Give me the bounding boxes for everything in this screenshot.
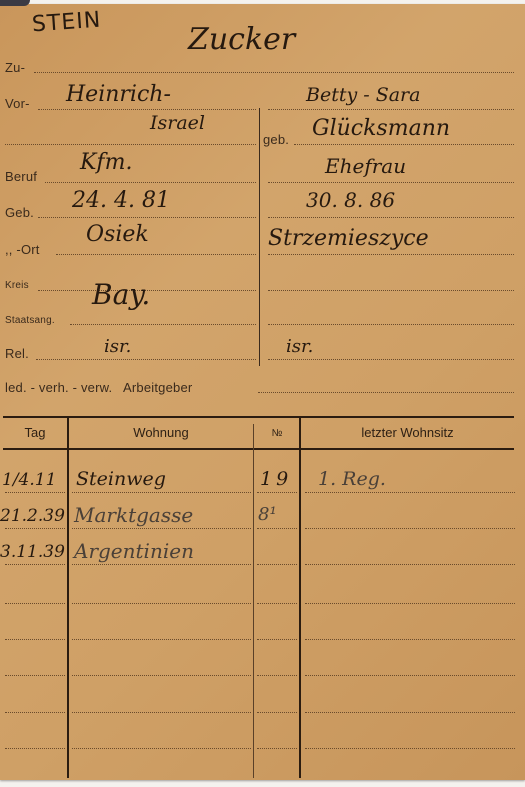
label-birth-place: ,, -Ort: [5, 242, 40, 257]
label-occupation: Beruf: [5, 169, 37, 184]
row-line: [305, 712, 515, 713]
label-given-name: Vor-: [5, 96, 30, 111]
given-name-2-value: Israel: [150, 112, 205, 134]
spouse-born-name-value: Glücksmann: [312, 116, 450, 141]
row-line: [305, 748, 515, 749]
row-line: [305, 639, 515, 640]
row-line: [5, 639, 65, 640]
spouse-column-divider: [259, 108, 260, 366]
spouse-birth-place-value: Strzemieszyce: [268, 226, 429, 251]
nationality-line-left: [70, 324, 256, 325]
header-letzter-wohnsitz: letzter Wohnsitz: [301, 425, 514, 440]
col-divider-tag: [67, 418, 69, 778]
col-divider-nr: [253, 424, 254, 778]
birth-date-value: 24. 4. 81: [72, 188, 170, 213]
row-line: [5, 712, 65, 713]
table-top-rule: [3, 416, 514, 418]
row-line: [257, 748, 297, 749]
row-nr: 8¹: [258, 504, 277, 525]
birth-place-value: Osiek: [86, 222, 149, 247]
religion-line-right: [268, 359, 514, 360]
row-line: [5, 748, 65, 749]
row-line: [305, 603, 515, 604]
row-line: [72, 639, 251, 640]
row-line: [257, 564, 297, 565]
row-wohnung: Marktgasse: [74, 503, 193, 527]
label-born-name: geb.: [263, 132, 289, 147]
label-birth-date: Geb.: [5, 205, 34, 220]
religion-value: isr.: [104, 336, 131, 357]
row-line: [305, 528, 515, 529]
spouse-given-name-value: Betty - Sara: [306, 84, 420, 106]
header-wohnung: Wohnung: [69, 425, 253, 440]
row-line: [72, 603, 251, 604]
row-line: [305, 492, 515, 493]
row-line: [5, 528, 65, 529]
header-tag: Tag: [3, 425, 67, 440]
row-line: [5, 675, 65, 676]
spouse-religion-value: isr.: [286, 336, 313, 357]
spouse-birth-date-value: 30. 8. 86: [306, 188, 395, 212]
row-line: [5, 564, 65, 565]
given-name-line-right: [268, 109, 514, 110]
nationality-value: Bay.: [92, 278, 150, 311]
col-divider-wohnsitz: [299, 418, 301, 778]
row-line: [257, 528, 297, 529]
label-surname: Zu-: [5, 60, 25, 75]
table-header-rule: [3, 448, 514, 450]
born-name-line-right: [294, 144, 514, 145]
birth-date-line-left: [38, 217, 256, 218]
label-marital-employer: led. - verh. - verw. Arbeitgeber: [5, 380, 192, 395]
row-line: [257, 603, 297, 604]
religion-line-left: [36, 359, 256, 360]
row-wohnung: Argentinien: [74, 539, 194, 563]
row-tag: 21.2.39: [0, 506, 65, 526]
row-line: [257, 712, 297, 713]
row-line: [305, 675, 515, 676]
row-line: [257, 675, 297, 676]
row-tag: 1/4.11: [2, 470, 56, 490]
row-wohnung: Steinweg: [76, 468, 166, 490]
birth-place-line-left: [56, 254, 256, 255]
district-line-right: [268, 290, 514, 291]
nationality-line-right: [268, 324, 514, 325]
label-religion: Rel.: [5, 346, 29, 361]
registration-card: STEIN Zucker Zu- Vor- Heinrich- Israel B…: [0, 4, 525, 780]
row-line: [72, 675, 251, 676]
row-line: [72, 492, 251, 493]
label-district: Kreis: [5, 280, 29, 291]
given-name-value: Heinrich-: [66, 82, 171, 107]
row-line: [257, 492, 297, 493]
label-nationality: Staatsang.: [5, 315, 55, 326]
row-line: [72, 712, 251, 713]
employer-line: [258, 392, 514, 393]
row-line: [5, 492, 65, 493]
scan-edge-shadow: [0, 0, 30, 6]
given-name-line-left: [38, 109, 256, 110]
row-line: [72, 748, 251, 749]
surname-value: Zucker: [188, 22, 295, 57]
row-line: [305, 564, 515, 565]
spouse-occupation-value: Ehefrau: [325, 154, 406, 178]
row-line: [72, 564, 251, 565]
row-line: [72, 528, 251, 529]
born-name-line-left: [5, 144, 256, 145]
occupation-line-left: [45, 182, 256, 183]
surname-line: [34, 72, 514, 73]
row-line: [5, 603, 65, 604]
row-line: [257, 639, 297, 640]
occupation-value: Kfm.: [80, 150, 132, 175]
occupation-line-right: [268, 182, 514, 183]
header-annotation: STEIN: [31, 8, 102, 38]
header-nr: №: [255, 428, 299, 439]
row-nr: 19: [260, 468, 292, 490]
birth-place-line-right: [268, 254, 514, 255]
row-tag: 3.11.39: [0, 542, 65, 562]
row-letzter-wohnsitz: 1. Reg.: [318, 468, 386, 490]
birth-date-line-right: [268, 217, 514, 218]
